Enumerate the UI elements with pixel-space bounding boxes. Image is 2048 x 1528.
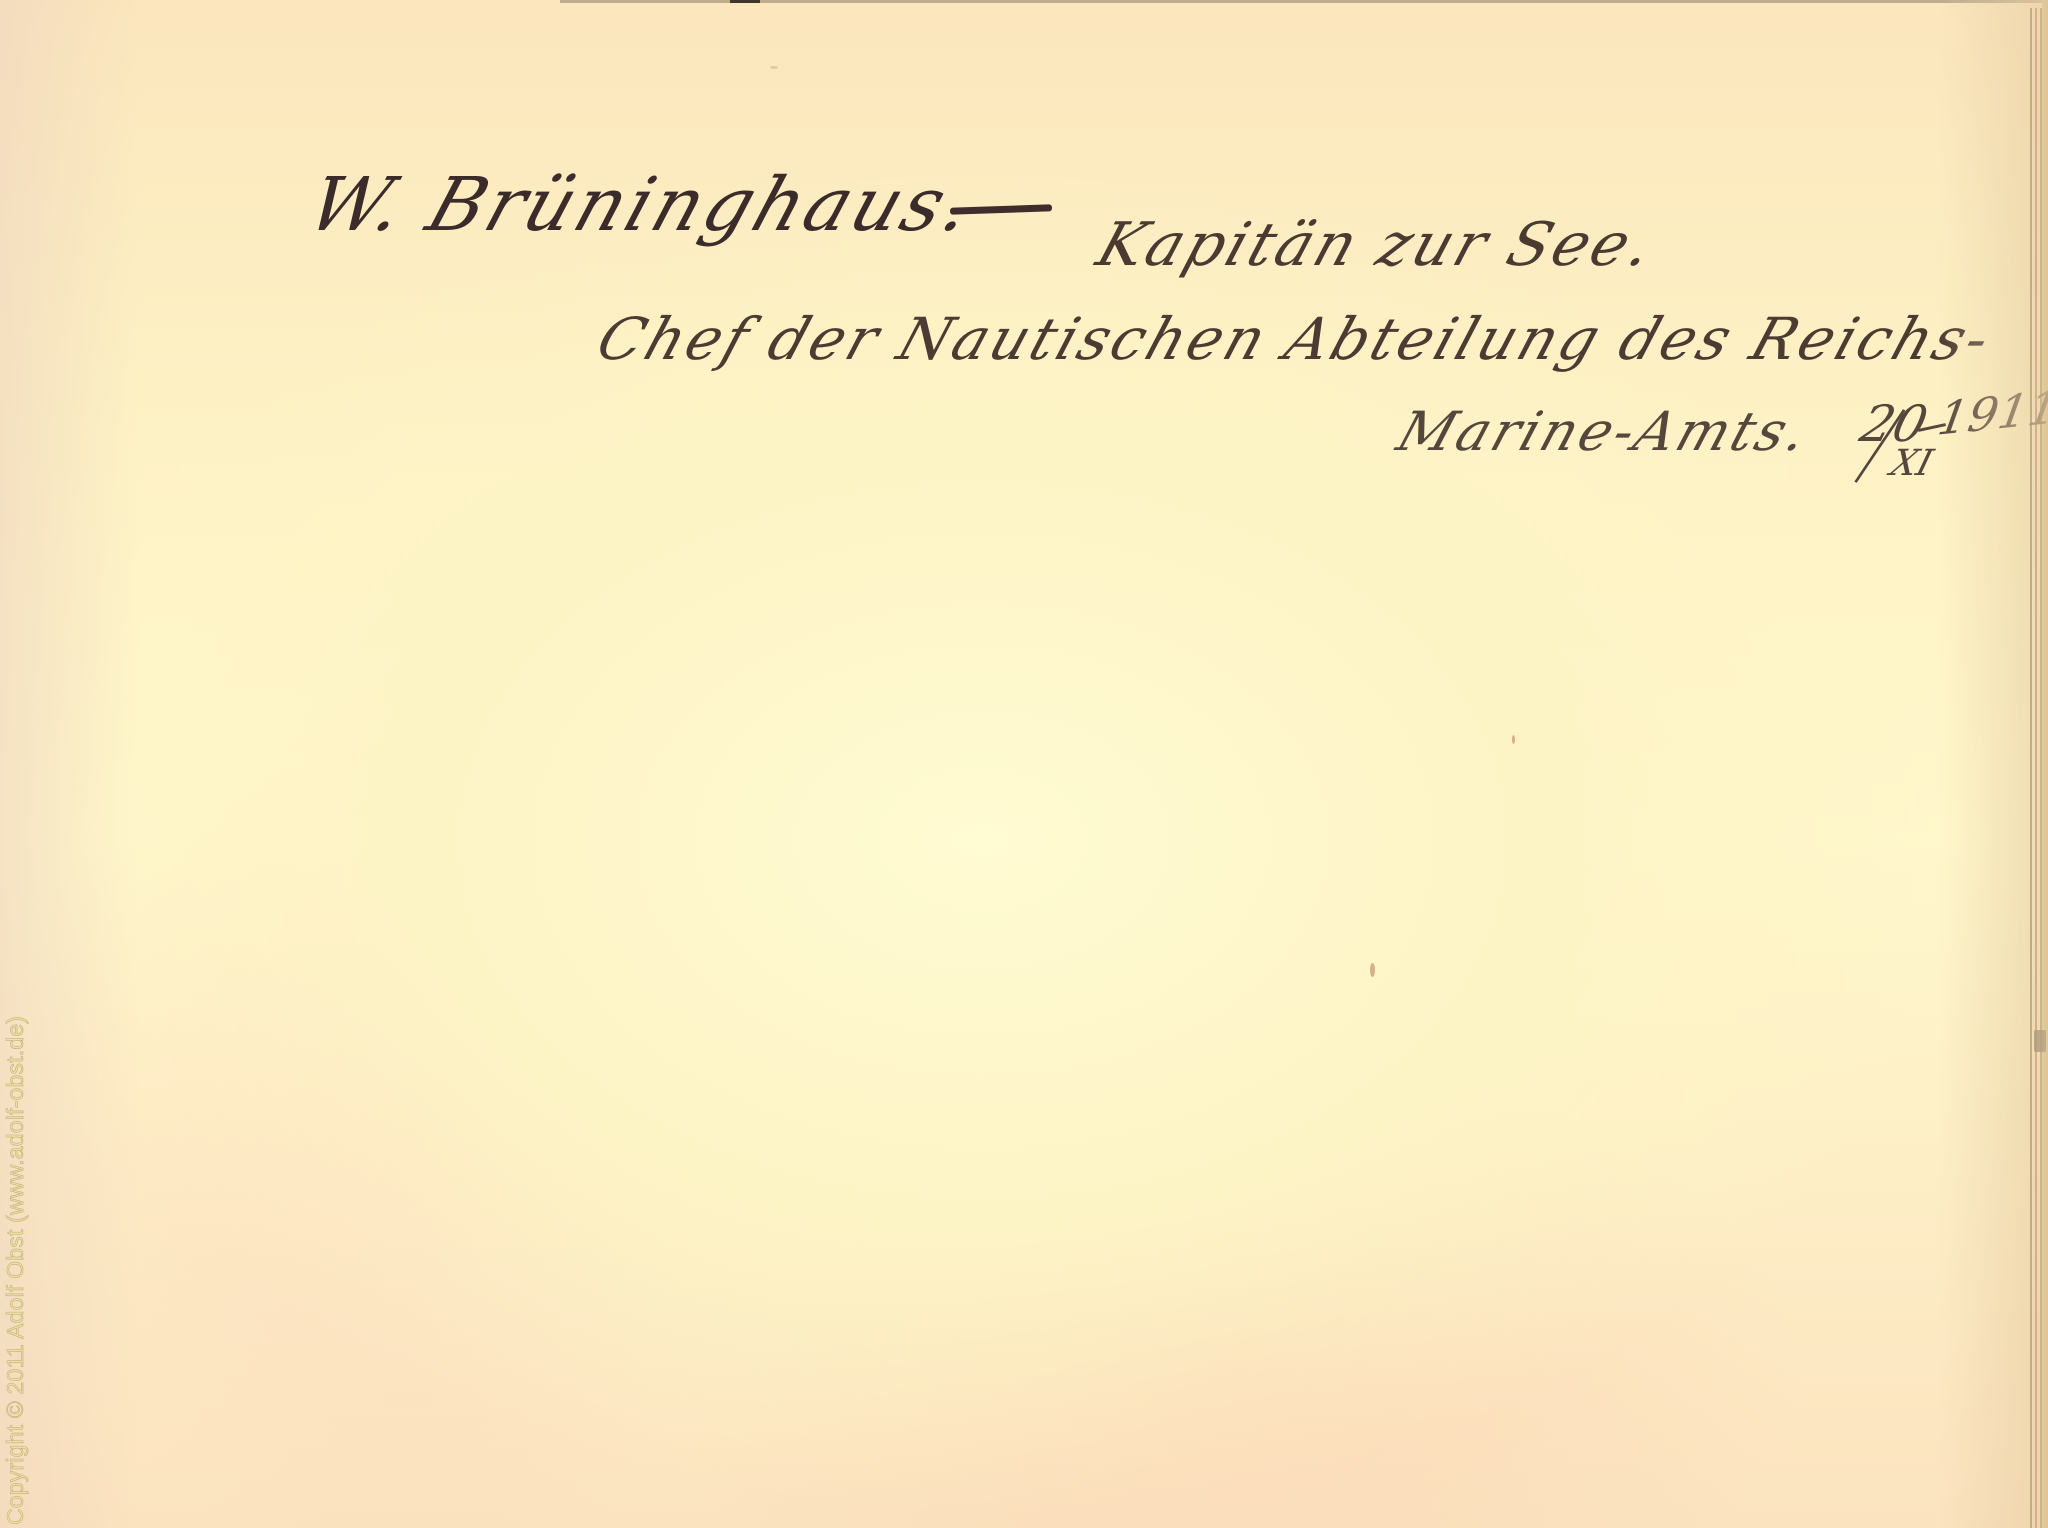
date-year: 1911. [1934, 378, 2048, 445]
paper-speck [770, 66, 778, 69]
signature-name: W. Brüninghaus. [298, 162, 986, 248]
signature-rank: Kapitän zur See. [1089, 210, 1665, 280]
binding-line [2035, 8, 2037, 1528]
signature-title-line: Chef der Nautischen Abteilung des Reichs… [589, 305, 2001, 373]
page-top-edge [560, 0, 2048, 3]
album-page: W. Brüninghaus. Kapitän zur See. Chef de… [0, 0, 2048, 1528]
paper-speck [1512, 735, 1515, 744]
page-top-edge-mark [730, 0, 760, 3]
paper-speck [1370, 963, 1375, 977]
binding-line [2030, 8, 2032, 1528]
copyright-watermark: Copyright © 2011 Adolf Obst (www.adolf-o… [2, 1016, 29, 1525]
signature-office-line: Marine-Amts. [1390, 400, 1819, 463]
binding-edge [2042, 0, 2048, 1528]
binding-line [2040, 8, 2042, 1528]
binding-stitch-mark [2034, 1030, 2046, 1052]
